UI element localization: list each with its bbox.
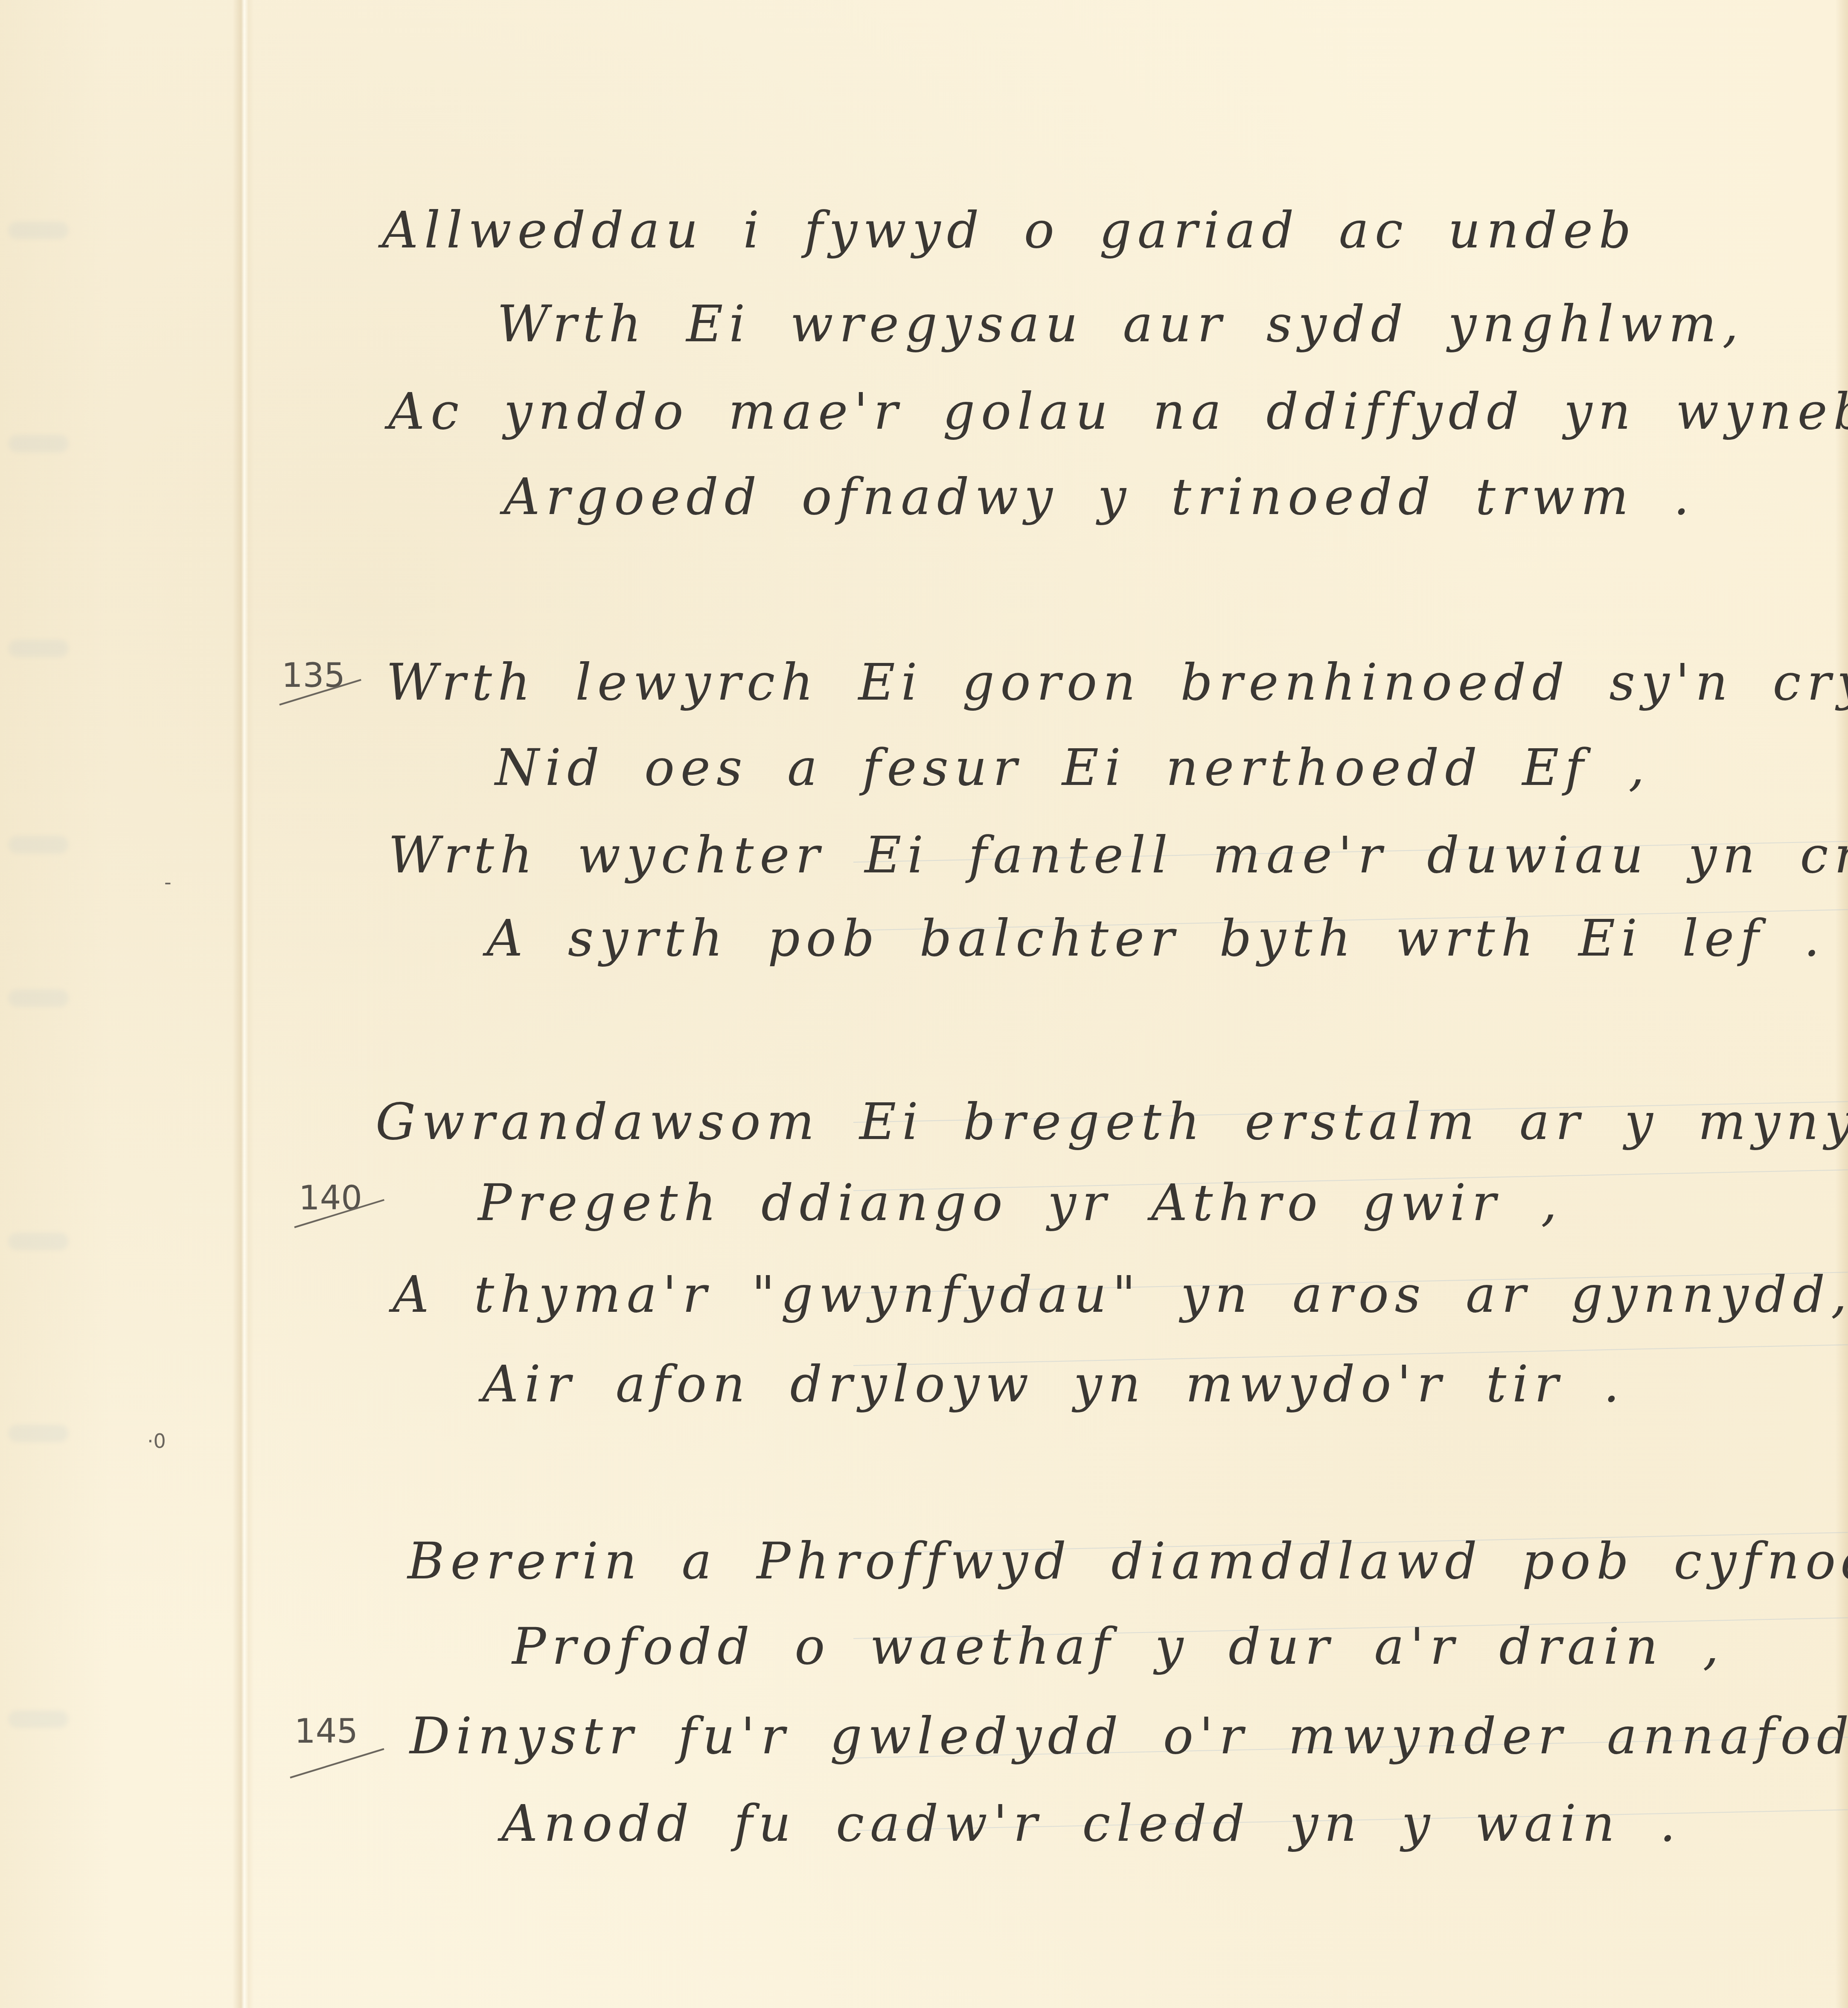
- poem-line: Bererin a Phroffwyd diamddlawd pob cyfno…: [407, 1536, 1848, 1586]
- show-through-mark: [9, 640, 68, 657]
- poem-line: Anodd fu cadw'r cledd yn y wain .: [501, 1798, 1682, 1848]
- poem-line: A syrth pob balchter byth wrth Ei lef .: [486, 913, 1826, 963]
- poem-line: Air afon dryloyw yn mwydo'r tir .: [482, 1359, 1625, 1409]
- poem-line: Wrth wychter Ei fantell mae'r duwiau yn …: [388, 830, 1848, 880]
- poem-line: A thyma'r "gwynfydau" yn aros ar gynnydd…: [393, 1269, 1848, 1319]
- poem-line: Ac ynddo mae'r golau na ddiffydd yn wyne…: [388, 386, 1848, 436]
- show-through-mark: [9, 435, 68, 452]
- show-through-mark: [9, 222, 68, 239]
- show-through-mark: [9, 990, 68, 1007]
- poem-line: Wrth lewyrch Ei goron brenhinoedd sy'n c…: [386, 657, 1848, 707]
- page-fold-crease: [233, 0, 254, 2008]
- poem-line: Allweddau i fywyd o gariad ac undeb: [382, 205, 1637, 255]
- show-through-mark: [9, 1425, 68, 1442]
- poem-line: Profodd o waethaf y dur a'r drain ,: [512, 1621, 1725, 1671]
- show-through-mark: [9, 836, 68, 853]
- poem-line: Dinystr fu'r gwledydd o'r mwynder annafo…: [410, 1711, 1848, 1761]
- stray-margin-mark: ·0: [147, 1431, 166, 1451]
- poem-line: Pregeth ddiango yr Athro gwir ,: [478, 1177, 1563, 1228]
- line-number-145: 145: [294, 1715, 358, 1748]
- show-through-mark: [9, 1711, 68, 1728]
- poem-line: Nid oes a fesur Ei nerthoedd Ef ,: [495, 742, 1650, 793]
- poem-line: Wrth Ei wregysau aur sydd ynghlwm,: [497, 299, 1744, 349]
- stray-margin-mark: -: [164, 872, 172, 892]
- show-through-mark: [9, 1233, 68, 1250]
- poem-line: Argoedd ofnadwy y trinoedd trwm .: [503, 471, 1695, 522]
- poem-line: Gwrandawsom Ei bregeth erstalm ar y myny…: [375, 1096, 1848, 1147]
